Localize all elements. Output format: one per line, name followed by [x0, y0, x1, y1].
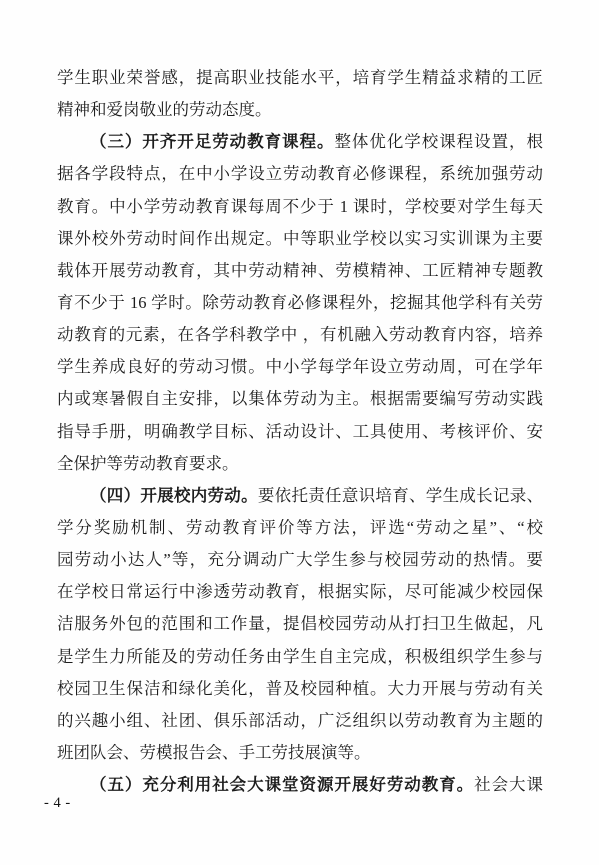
line-text: 学生养成良好的劳动习惯。中小学每学年设立劳动周，可在学年 [57, 357, 543, 376]
text-line: 学生职业荣誉感，提高职业技能水平，培育学生精益求精的工匠 [57, 62, 543, 94]
text-line: 动教育的元素，在各学科教学中 ，有机融入劳动教育内容，培养 [57, 319, 543, 351]
text-line: 是学生力所能及的劳动任务由学生自主完成，积极组织学生参与 [57, 641, 543, 673]
line-text: 动教育的元素，在各学科教学中 ，有机融入劳动教育内容，培养 [57, 325, 543, 344]
line-text: 学分奖励机制、劳动教育评价等方法，评选“劳动之星”、“校 [57, 518, 543, 537]
text-line: 课外校外劳动时间作出规定。中等职业学校以实习实训课为主要 [57, 223, 543, 255]
document-body: 学生职业荣誉感，提高职业技能水平，培育学生精益求精的工匠 精神和爱岗敬业的劳动态… [57, 62, 543, 801]
text-line: 全保护等劳动教育要求。 [57, 448, 543, 480]
text-line: 在学校日常运行中渗透劳动教育，根据实际，尽可能减少校园保 [57, 576, 543, 608]
text-line: 育不少于 16 学时。除劳动教育必修课程外，挖掘其他学科有关劳 [57, 287, 543, 319]
line-text: 育不少于 16 学时。除劳动教育必修课程外，挖掘其他学科有关劳 [57, 293, 543, 312]
text-line: （四）开展校内劳动。要依托责任意识培育、学生成长记录、 [57, 480, 543, 512]
text-line: 精神和爱岗敬业的劳动态度。 [57, 94, 543, 126]
text-line: （五）充分利用社会大课堂资源开展好劳动教育。社会大课 [57, 769, 543, 801]
text-line: 据各学段特点，在中小学设立劳动教育必修课程，系统加强劳动 [57, 158, 543, 190]
line-text: 内或寒暑假自主安排，以集体劳动为主。根据需要编写劳动实践 [57, 389, 543, 408]
line-text: 要依托责任意识培育、学生成长记录、 [258, 486, 543, 505]
text-line: 指导手册，明确教学目标、活动设计、工具使用、考核评价、安 [57, 416, 543, 448]
text-line: （三）开齐开足劳动教育课程。整体优化学校课程设置，根 [57, 126, 543, 158]
line-text: 载体开展劳动教育，其中劳动精神、劳模精神、工匠精神专题教 [57, 261, 543, 280]
line-text: 在学校日常运行中渗透劳动教育，根据实际，尽可能减少校园保 [57, 582, 543, 601]
line-text: 全保护等劳动教育要求。 [57, 454, 239, 473]
line-text: 学生职业荣誉感，提高职业技能水平，培育学生精益求精的工匠 [57, 68, 543, 87]
line-text: 整体优化学校课程设置，根 [334, 132, 543, 151]
paragraph-heading: （四）开展校内劳动。 [90, 486, 258, 505]
line-text: 校园卫生保洁和绿化美化，普及校园种植。大力开展与劳动有关 [57, 679, 543, 698]
line-text: 社会大课 [474, 775, 543, 794]
text-line: 内或寒暑假自主安排，以集体劳动为主。根据需要编写劳动实践 [57, 383, 543, 415]
text-line: 洁服务外包的范围和工作量，提倡校园劳动从打扫卫生做起，凡 [57, 608, 543, 640]
page-number: - 4 - [44, 795, 71, 812]
text-line: 园劳动小达人”等，充分调动广大学生参与校园劳动的热情。要 [57, 544, 543, 576]
text-line: 校园卫生保洁和绿化美化，普及校园种植。大力开展与劳动有关 [57, 673, 543, 705]
text-line: 班团队会、劳模报告会、手工劳技展演等。 [57, 737, 543, 769]
line-text: 是学生力所能及的劳动任务由学生自主完成，积极组织学生参与 [57, 647, 543, 666]
text-line: 载体开展劳动教育，其中劳动精神、劳模精神、工匠精神专题教 [57, 255, 543, 287]
line-text: 的兴趣小组、社团、俱乐部活动，广泛组织以劳动教育为主题的 [57, 711, 543, 730]
line-text: 指导手册，明确教学目标、活动设计、工具使用、考核评价、安 [57, 422, 543, 441]
document-page: 学生职业荣誉感，提高职业技能水平，培育学生精益求精的工匠 精神和爱岗敬业的劳动态… [0, 0, 599, 865]
paragraph-heading: （三）开齐开足劳动教育课程。 [90, 132, 334, 151]
text-line: 教育。中小学劳动教育课每周不少于 1 课时，学校要对学生每天 [57, 191, 543, 223]
line-text: 班团队会、劳模报告会、手工劳技展演等。 [57, 743, 371, 762]
paragraph-heading: （五）充分利用社会大课堂资源开展好劳动教育。 [90, 775, 474, 794]
text-line: 学分奖励机制、劳动教育评价等方法，评选“劳动之星”、“校 [57, 512, 543, 544]
line-text: 课外校外劳动时间作出规定。中等职业学校以实习实训课为主要 [57, 229, 543, 248]
line-text: 园劳动小达人”等，充分调动广大学生参与校园劳动的热情。要 [57, 550, 543, 569]
line-text: 据各学段特点，在中小学设立劳动教育必修课程，系统加强劳动 [57, 164, 543, 183]
text-line: 学生养成良好的劳动习惯。中小学每学年设立劳动周，可在学年 [57, 351, 543, 383]
line-text: 精神和爱岗敬业的劳动态度。 [57, 100, 272, 119]
text-line: 的兴趣小组、社团、俱乐部活动，广泛组织以劳动教育为主题的 [57, 705, 543, 737]
line-text: 洁服务外包的范围和工作量，提倡校园劳动从打扫卫生做起，凡 [57, 614, 543, 633]
line-text: 教育。中小学劳动教育课每周不少于 1 课时，学校要对学生每天 [57, 197, 543, 216]
